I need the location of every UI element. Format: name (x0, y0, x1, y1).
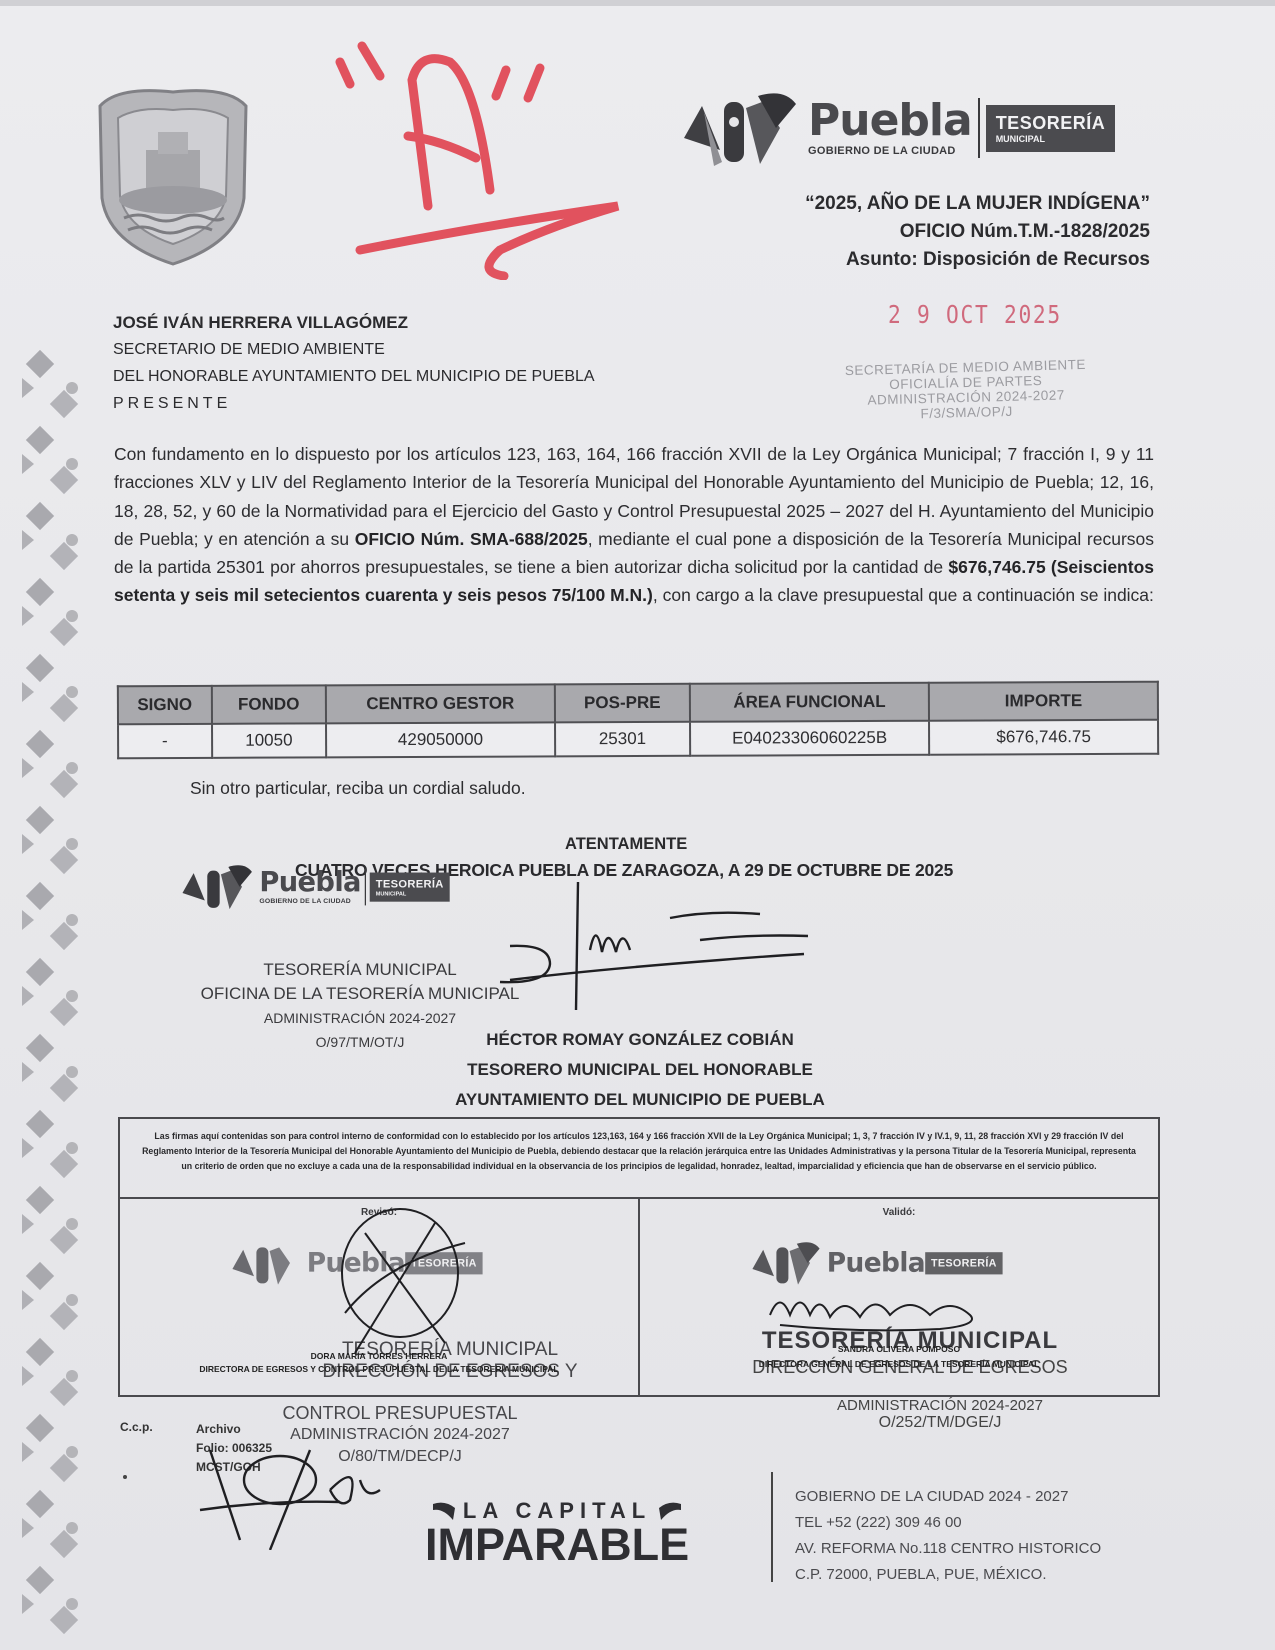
logo-brand-text: Puebla (259, 869, 360, 896)
cell-signo: - (118, 724, 212, 758)
ornament-motif (18, 958, 80, 1034)
ornament-motif (18, 1110, 80, 1186)
budget-key-table: SIGNO FONDO CENTRO GESTOR POS-PRE ÁREA F… (117, 681, 1159, 760)
col-header-importe: IMPORTE (929, 682, 1158, 721)
tesoreria-badge: TESORERÍA MUNICIPAL (370, 872, 450, 901)
tesoreria-logo-stamp: Puebla GOBIERNO DE LA CIUDAD TESORERÍA M… (180, 862, 450, 912)
reviewer-name: DORA MARÍA TORRES HERRERA (120, 1351, 638, 1361)
body-text-part: , con cargo a la clave presupuestal que … (653, 585, 1154, 605)
logo-brand-text: Puebla (827, 1250, 925, 1276)
col-header-signo: SIGNO (118, 686, 212, 724)
validator-role: DIRECTORA GENERAL DE EGRESOS DE LA TESOR… (640, 1359, 1158, 1369)
slogan-bottom: IMPARABLE (425, 1524, 689, 1566)
badge-title: TESORERÍA (931, 1257, 997, 1270)
cell-area-funcional: E04023306060225B (690, 721, 929, 756)
cell-importe: $676,746.75 (929, 720, 1158, 755)
puebla-emblem-icon (680, 88, 800, 168)
footer-address: GOBIERNO DE LA CIUDAD 2024 - 2027 TEL +5… (795, 1484, 1101, 1588)
addressee-block: JOSÉ IVÁN HERRERA VILLAGÓMEZ SECRETARIO … (113, 309, 595, 417)
ornament-motif (18, 806, 80, 882)
badge-subtitle: MUNICIPAL (996, 134, 1106, 144)
footer-divider (771, 1472, 773, 1582)
validator-name: SANDRA OLIVERA POMPOSO (640, 1344, 1158, 1354)
treasurer-signature (470, 880, 840, 1020)
puebla-emblem-icon (750, 1239, 822, 1287)
ccp-label: C.c.p. (120, 1420, 153, 1434)
tesoreria-badge: TESORERÍA (925, 1252, 1003, 1274)
puebla-emblem-icon (180, 862, 254, 912)
cell-centro-gestor: 429050000 (326, 722, 555, 757)
tesoreria-logo-stamp: Puebla TESORERÍA (750, 1239, 1003, 1287)
address-line: C.P. 72000, PUEBLA, PUE, MÉXICO. (795, 1562, 1101, 1588)
received-office-stamp: SECRETARÍA DE MEDIO AMBIENTE OFICIALÍA D… (815, 356, 1116, 424)
stamp-line: CONTROL PRESUPUESTAL (270, 1402, 530, 1424)
addressee-title: SECRETARIO DE MEDIO AMBIENTE (113, 336, 595, 363)
col-header-fondo: FONDO (211, 685, 326, 723)
body-paragraph: Con fundamento en lo dispuesto por los a… (114, 440, 1154, 610)
closing-salutation: Sin otro particular, reciba un cordial s… (190, 778, 526, 799)
initials-signature (190, 1440, 390, 1550)
atentamente-label: ATENTAMENTE (565, 835, 687, 854)
col-header-centro-gestor: CENTRO GESTOR (326, 684, 555, 723)
addressee-org: DEL HONORABLE AYUNTAMIENTO DEL MUNICIPIO… (113, 363, 595, 390)
ornament-motif (18, 578, 80, 654)
logo-subtitle: GOBIERNO DE LA CIUDAD (808, 145, 972, 157)
logo-brand-text: Puebla (808, 99, 972, 143)
ornament-motif (18, 426, 80, 502)
address-line: AV. REFORMA No.118 CENTRO HISTORICO (795, 1536, 1101, 1562)
validated-label: Validó: (640, 1207, 1158, 1218)
ornament-motif (18, 1566, 80, 1640)
cell-fondo: 10050 (212, 723, 327, 757)
reviewer-role: DIRECTORA DE EGRESOS Y CONTROL PRESUPUES… (120, 1364, 638, 1374)
table-header-row: SIGNO FONDO CENTRO GESTOR POS-PRE ÁREA F… (118, 682, 1158, 725)
scanned-document-page: Puebla GOBIERNO DE LA CIUDAD TESORERÍA M… (0, 0, 1275, 1650)
badge-title: TESORERÍA (996, 113, 1106, 134)
stamp-line: O/252/TM/DGE/J (790, 1414, 1090, 1431)
document-header-lines: “2025, AÑO DE LA MUJER INDÍGENA” OFICIO … (805, 190, 1150, 274)
stray-mark (123, 1475, 127, 1479)
ornament-motif (18, 1338, 80, 1414)
reviewer-signature (325, 1203, 475, 1373)
stamp-line: ADMINISTRACIÓN 2024-2027 (790, 1397, 1090, 1414)
badge-title: TESORERÍA (376, 877, 444, 890)
logo-divider (978, 98, 980, 158)
ornament-motif (18, 654, 80, 730)
addressee-greeting: PRESENTE (113, 390, 595, 417)
ornament-motif (18, 1034, 80, 1110)
tesoreria-badge: TESORERÍA MUNICIPAL (986, 105, 1116, 152)
addressee-name: JOSÉ IVÁN HERRERA VILLAGÓMEZ (113, 309, 595, 336)
puebla-tesoreria-logo: Puebla GOBIERNO DE LA CIUDAD TESORERÍA M… (680, 88, 1115, 168)
control-disclaimer: Las firmas aquí contenidas son para cont… (120, 1119, 1158, 1199)
signer-title: TESORERO MUNICIPAL DEL HONORABLE (430, 1055, 850, 1085)
municipal-crest-icon (88, 78, 258, 268)
cell-pos-pre: 25301 (555, 722, 690, 757)
address-line: GOBIERNO DE LA CIUDAD 2024 - 2027 (795, 1484, 1101, 1510)
referenced-oficio: OFICIO Núm. SMA-688/2025 (355, 529, 588, 549)
signer-block: HÉCTOR ROMAY GONZÁLEZ COBIÁN TESORERO MU… (430, 1025, 850, 1115)
ornament-motif (18, 730, 80, 806)
side-ornament-border (18, 350, 80, 1640)
table-row: - 10050 429050000 25301 E04023306060225B… (118, 720, 1158, 759)
year-motto: “2025, AÑO DE LA MUJER INDÍGENA” (805, 190, 1150, 218)
received-date-stamp: 2 9 OCT 2025 (888, 300, 1062, 329)
ornament-motif (18, 350, 80, 426)
signer-title: AYUNTAMIENTO DEL MUNICIPIO DE PUEBLA (430, 1085, 850, 1115)
signer-name: HÉCTOR ROMAY GONZÁLEZ COBIÁN (430, 1025, 850, 1055)
phone-line: TEL +52 (222) 309 46 00 (795, 1510, 1101, 1536)
reviewed-by-cell: Revisó: Puebla TESORERÍA TESORERÍA MUNIC… (120, 1199, 640, 1395)
ornament-motif (18, 1262, 80, 1338)
la-capital-imparable-logo: LA CAPITAL IMPARABLE (425, 1498, 689, 1566)
scan-edge (0, 0, 1275, 6)
ornament-motif (18, 1490, 80, 1566)
ornament-motif (18, 502, 80, 578)
asunto-line: Asunto: Disposición de Recursos (805, 246, 1150, 274)
col-header-area-funcional: ÁREA FUNCIONAL (690, 683, 929, 722)
logo-subtitle: GOBIERNO DE LA CIUDAD (259, 897, 360, 904)
validated-by-cell: Validó: Puebla TESORERÍA TESORERÍA MUNIC… (640, 1199, 1158, 1395)
oficio-number: OFICIO Núm.T.M.-1828/2025 (805, 218, 1150, 246)
internal-control-box: Las firmas aquí contenidas son para cont… (118, 1117, 1160, 1397)
puebla-emblem-icon (230, 1239, 302, 1287)
ornament-motif (18, 882, 80, 958)
ornament-motif (18, 1186, 80, 1262)
col-header-pos-pre: POS-PRE (555, 684, 690, 723)
dge-stamp-continuation: ADMINISTRACIÓN 2024-2027 O/252/TM/DGE/J (790, 1397, 1090, 1431)
ornament-motif (18, 1414, 80, 1490)
logo-divider (365, 868, 366, 905)
ccp-line: Archivo (196, 1420, 272, 1439)
badge-subtitle: MUNICIPAL (376, 890, 444, 896)
handwritten-red-mark (300, 40, 620, 280)
